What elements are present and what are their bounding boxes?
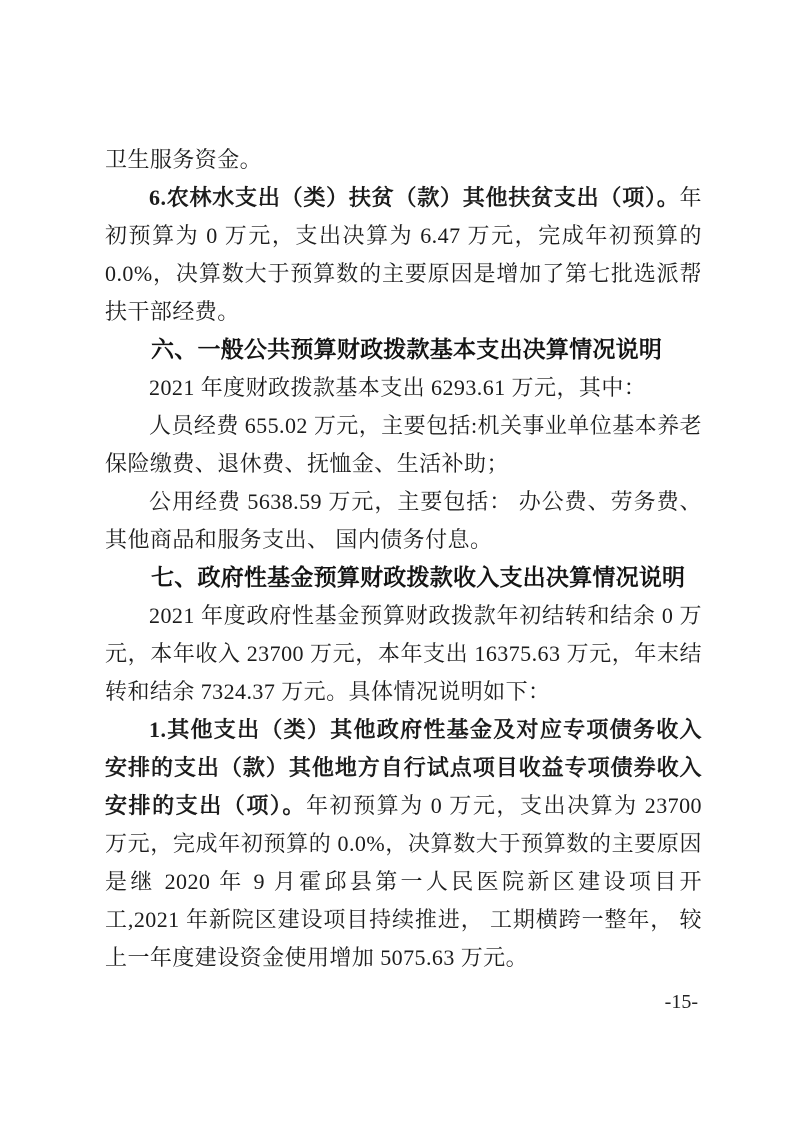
personnel-funds-paragraph: 人员经费 655.02 万元，主要包括:机关事业单位基本养老保险缴费、退休费、抚… — [105, 407, 702, 483]
item-1-text: 年初预算为 0 万元，支出决算为 23700 万元，完成年初预算的 0.0%，决… — [105, 793, 702, 970]
document-content: 卫生服务资金。 6.农林水支出（类）扶贫（款）其他扶贫支出（项）。年初预算为 0… — [105, 141, 702, 977]
public-funds-paragraph: 公用经费 5638.59 万元，主要包括： 办公费、劳务费、其他商品和服务支出、… — [105, 483, 702, 559]
section-6-heading: 六、一般公共预算财政拨款基本支出决算情况说明 — [105, 331, 702, 369]
document-page: 卫生服务资金。 6.农林水支出（类）扶贫（款）其他扶贫支出（项）。年初预算为 0… — [0, 0, 793, 1122]
paragraph-continuation: 卫生服务资金。 — [105, 141, 702, 179]
section-7-heading: 七、政府性基金预算财政拨款收入支出决算情况说明 — [105, 559, 702, 597]
page-number: -15- — [665, 991, 698, 1013]
item-1-paragraph: 1.其他支出（类）其他政府性基金及对应专项债务收入安排的支出（款）其他地方自行试… — [105, 711, 702, 977]
basic-expenditure-total-paragraph: 2021 年度财政拨款基本支出 6293.61 万元，其中： — [105, 369, 702, 407]
item-6-paragraph: 6.农林水支出（类）扶贫（款）其他扶贫支出（项）。年初预算为 0 万元，支出决算… — [105, 179, 702, 331]
government-fund-summary-paragraph: 2021 年度政府性基金预算财政拨款年初结转和结余 0 万元，本年收入 2370… — [105, 597, 702, 711]
item-6-bold-lead: 6.农林水支出（类）扶贫（款）其他扶贫支出（项）。 — [149, 185, 680, 210]
